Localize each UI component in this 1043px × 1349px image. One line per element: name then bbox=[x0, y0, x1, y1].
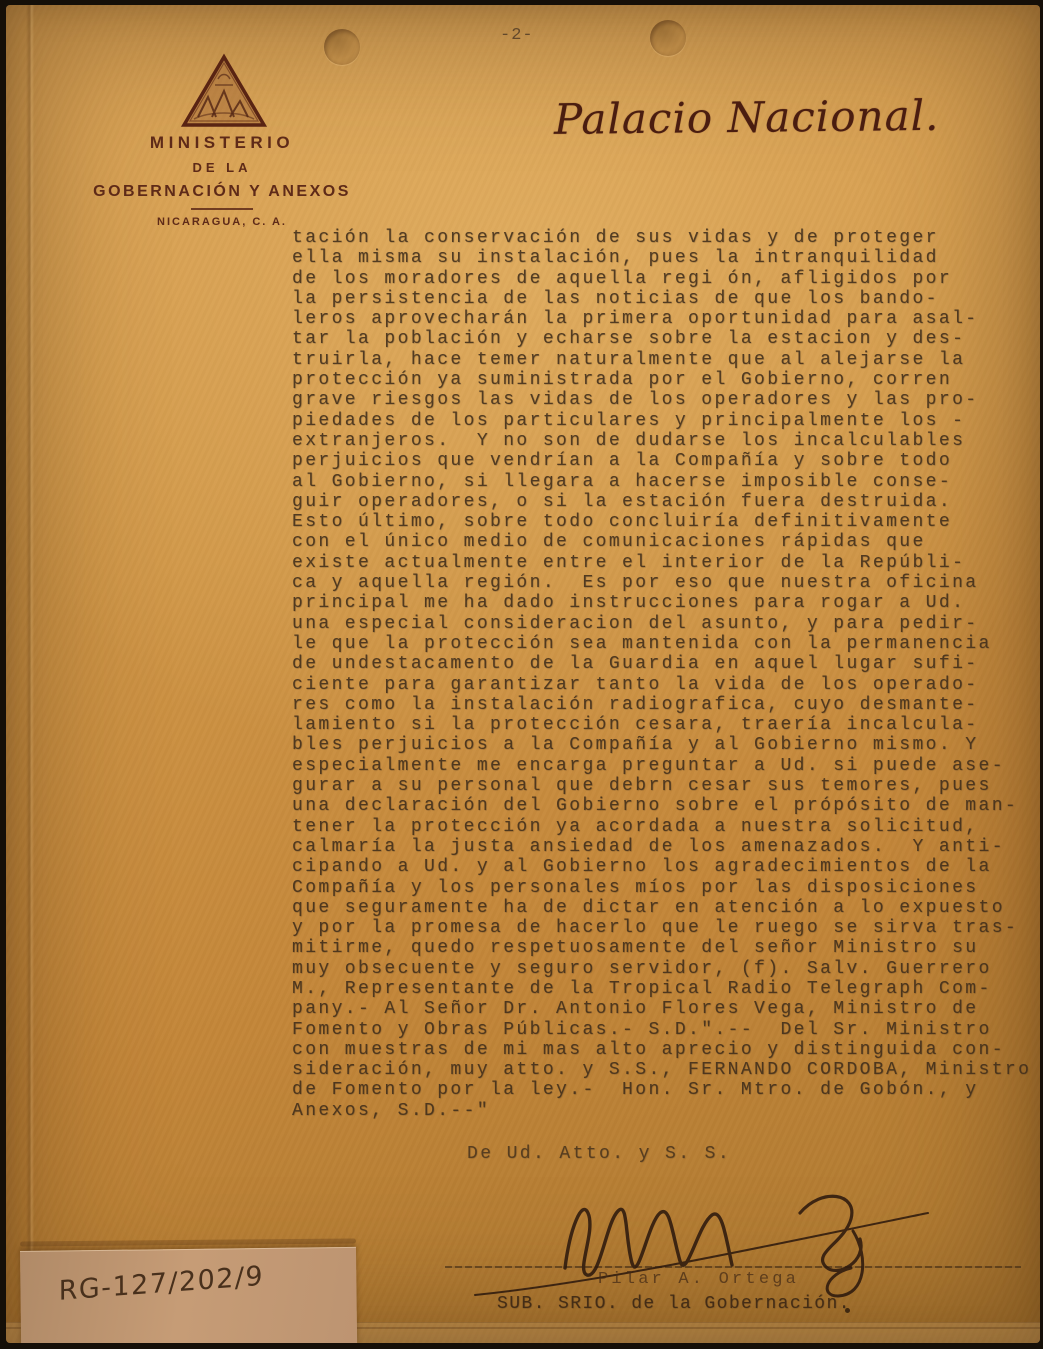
archive-slip: RG-127/202/9 bbox=[20, 1247, 357, 1343]
typewritten-line: Esto último, sobre todo concluiría defin… bbox=[292, 512, 1032, 532]
typewritten-line: Compañía y los personales míos por las d… bbox=[292, 878, 1032, 898]
typewritten-line: que seguramente ha de dictar en atención… bbox=[292, 898, 1032, 918]
punch-hole-left bbox=[324, 29, 360, 65]
typewritten-line: leros aprovecharán la primera oportunida… bbox=[292, 309, 1032, 329]
typewritten-line: gurar a su personal que debrn cesar sus … bbox=[292, 776, 1032, 796]
typewritten-line: cipando a Ud. y al Gobierno los agradeci… bbox=[292, 857, 1032, 877]
letter-page: -2- MINISTERIO DE LA GOBERNACIÓN Y ANEXO… bbox=[6, 5, 1040, 1343]
typewritten-line: perjuicios que vendrían a la Compañía y … bbox=[292, 451, 1032, 471]
ministry-name-line3: GOBERNACIÓN Y ANEXOS bbox=[84, 183, 360, 201]
punch-hole-right bbox=[650, 20, 686, 56]
letterhead-country: NICARAGUA, C. A. bbox=[84, 216, 360, 228]
typewritten-line: tación la conservación de sus vidas y de… bbox=[292, 228, 1032, 248]
typewritten-line: Fomento y Obras Públicas.- S.D.".-- Del … bbox=[292, 1020, 1032, 1040]
letterhead: MINISTERIO DE LA GOBERNACIÓN Y ANEXOS NI… bbox=[84, 133, 360, 228]
typewritten-line: piedades de los particulares y principal… bbox=[292, 411, 1032, 431]
typewritten-line: guir operadores, o si la estación fuera … bbox=[292, 492, 1032, 512]
ministry-name-line1: MINISTERIO bbox=[84, 133, 360, 153]
typewritten-line: grave riesgos las vidas de los operadore… bbox=[292, 390, 1032, 410]
typewritten-line: protección ya suministrada por el Gobier… bbox=[292, 370, 1032, 390]
signature-title: SUB. SRIO. de la Gobernación. bbox=[497, 1294, 851, 1314]
signature-block: Pilar A. Ortega SUB. SRIO. de la Goberna… bbox=[470, 1183, 1030, 1343]
typewritten-line: sideración, muy atto. y S.S., FERNANDO C… bbox=[292, 1060, 1032, 1080]
ministry-name-line2: DE LA bbox=[84, 160, 360, 175]
typewritten-line: calmaría la justa ansiedad de los amenaz… bbox=[292, 837, 1032, 857]
typewritten-line: mitirme, quedo respetuosamente del señor… bbox=[292, 938, 1032, 958]
letter-body: tación la conservación de sus vidas y de… bbox=[292, 228, 1032, 1121]
typewritten-line: de los moradores de aquella regi ón, afl… bbox=[292, 269, 1032, 289]
typewritten-line: ciente para garantizar tanto la vida de … bbox=[292, 675, 1032, 695]
typewritten-line: pany.- Al Señor Dr. Antonio Flores Vega,… bbox=[292, 999, 1032, 1019]
signature-typed-name: Pilar A. Ortega bbox=[598, 1270, 799, 1289]
typewritten-line: lamiento si la protección cesara, traerí… bbox=[292, 715, 1032, 735]
ink-spot bbox=[845, 1308, 850, 1313]
typewritten-line: principal me ha dado instrucciones para … bbox=[292, 593, 1032, 613]
palacio-nacional-script-title: Palacio Nacional. bbox=[554, 91, 914, 144]
typewritten-line: especialmente me encarga preguntar a Ud.… bbox=[292, 756, 1032, 776]
typewritten-line: tener la protección ya acordada a nuestr… bbox=[292, 817, 1032, 837]
typewritten-line: de Fomento por la ley.- Hon. Sr. Mtro. d… bbox=[292, 1080, 1032, 1100]
closing-salutation: De Ud. Atto. y S. S. bbox=[467, 1144, 731, 1164]
typewritten-line: M., Representante de la Tropical Radio T… bbox=[292, 979, 1032, 999]
slip-shadow bbox=[20, 1239, 356, 1247]
typewritten-line: ca y aquella región. Es por eso que nues… bbox=[292, 573, 1032, 593]
paper-crease-left bbox=[26, 5, 34, 1343]
archive-reference-label: RG-127/202/9 bbox=[59, 1261, 264, 1307]
typewritten-line: existe actualmente entre el interior de … bbox=[292, 553, 1032, 573]
letterhead-divider-rule bbox=[191, 208, 253, 210]
typewritten-line: le que la protección sea mantenida con l… bbox=[292, 634, 1032, 654]
typewritten-line: bles perjuicios a la Compañía y al Gobie… bbox=[292, 735, 1032, 755]
typewritten-line: una declaración del Gobierno sobre el pr… bbox=[292, 796, 1032, 816]
typewritten-line: truirla, hace temer naturalmente que al … bbox=[292, 350, 1032, 370]
typewritten-line: la persistencia de las noticias de que l… bbox=[292, 289, 1032, 309]
typewritten-line: con muestras de mi mas alto aprecio y di… bbox=[292, 1040, 1032, 1060]
typewritten-line: al Gobierno, si llegara a hacerse imposi… bbox=[292, 472, 1032, 492]
typewritten-line: extranjeros. Y no son de dudarse los inc… bbox=[292, 431, 1032, 451]
ministry-emblem-icon bbox=[180, 53, 268, 131]
typewritten-line: Anexos, S.D.--" bbox=[292, 1101, 1032, 1121]
typewritten-line: y por la promesa de hacerlo que le ruego… bbox=[292, 918, 1032, 938]
typewritten-line: tar la población y echarse sobre la esta… bbox=[292, 329, 1032, 349]
typewritten-line: muy obsecuente y seguro servidor, (f). S… bbox=[292, 959, 1032, 979]
typewritten-line: con el único medio de comunicaciones ráp… bbox=[292, 532, 1032, 552]
photo-background: -2- MINISTERIO DE LA GOBERNACIÓN Y ANEXO… bbox=[0, 0, 1043, 1349]
typewritten-line: una especial consideracion del asunto, y… bbox=[292, 614, 1032, 634]
typewritten-line: de undestacamento de la Guardia en aquel… bbox=[292, 654, 1032, 674]
page-number: -2- bbox=[500, 26, 534, 45]
typewritten-line: res como la instalación radiografica, cu… bbox=[292, 695, 1032, 715]
typewritten-line: ella misma su instalación, pues la intra… bbox=[292, 248, 1032, 268]
